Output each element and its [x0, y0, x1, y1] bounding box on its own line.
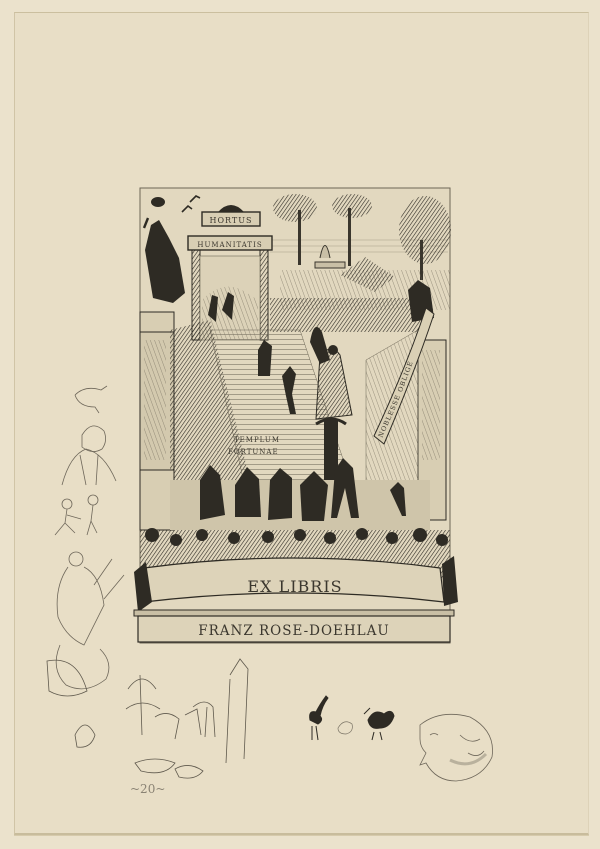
bookplate-plate: HORTUS HUMANITATIS TEMPLUM FORTUNAE: [130, 180, 460, 650]
owner-name-text: FRANZ ROSE-DOEHLAU: [198, 623, 390, 639]
plate-artwork: HORTUS HUMANITATIS TEMPLUM FORTUNAE: [130, 180, 460, 650]
humanitatis-text: HUMANITATIS: [197, 241, 262, 249]
margin-sketch-bird-and-bust: [40, 375, 130, 495]
fortunae-text: FORTUNAE: [228, 448, 279, 456]
bird-sketch-icon: [75, 386, 107, 413]
rooster-icon: [368, 711, 394, 728]
ex-libris-text: EX LIBRIS: [247, 577, 342, 596]
flamingo-icon: [310, 696, 328, 724]
pencil-note: ~20~: [130, 782, 165, 796]
margin-sketch-children: [45, 492, 115, 542]
margin-sketch-landscape: [45, 655, 275, 795]
templum-text: TEMPLUM: [234, 436, 280, 444]
bird-icon: [151, 197, 165, 207]
chick-icon: [338, 722, 352, 734]
margin-sketch-birds: [298, 692, 408, 752]
hortus-text: HORTUS: [210, 216, 253, 225]
margin-sketch-woman-profile: [400, 705, 500, 790]
